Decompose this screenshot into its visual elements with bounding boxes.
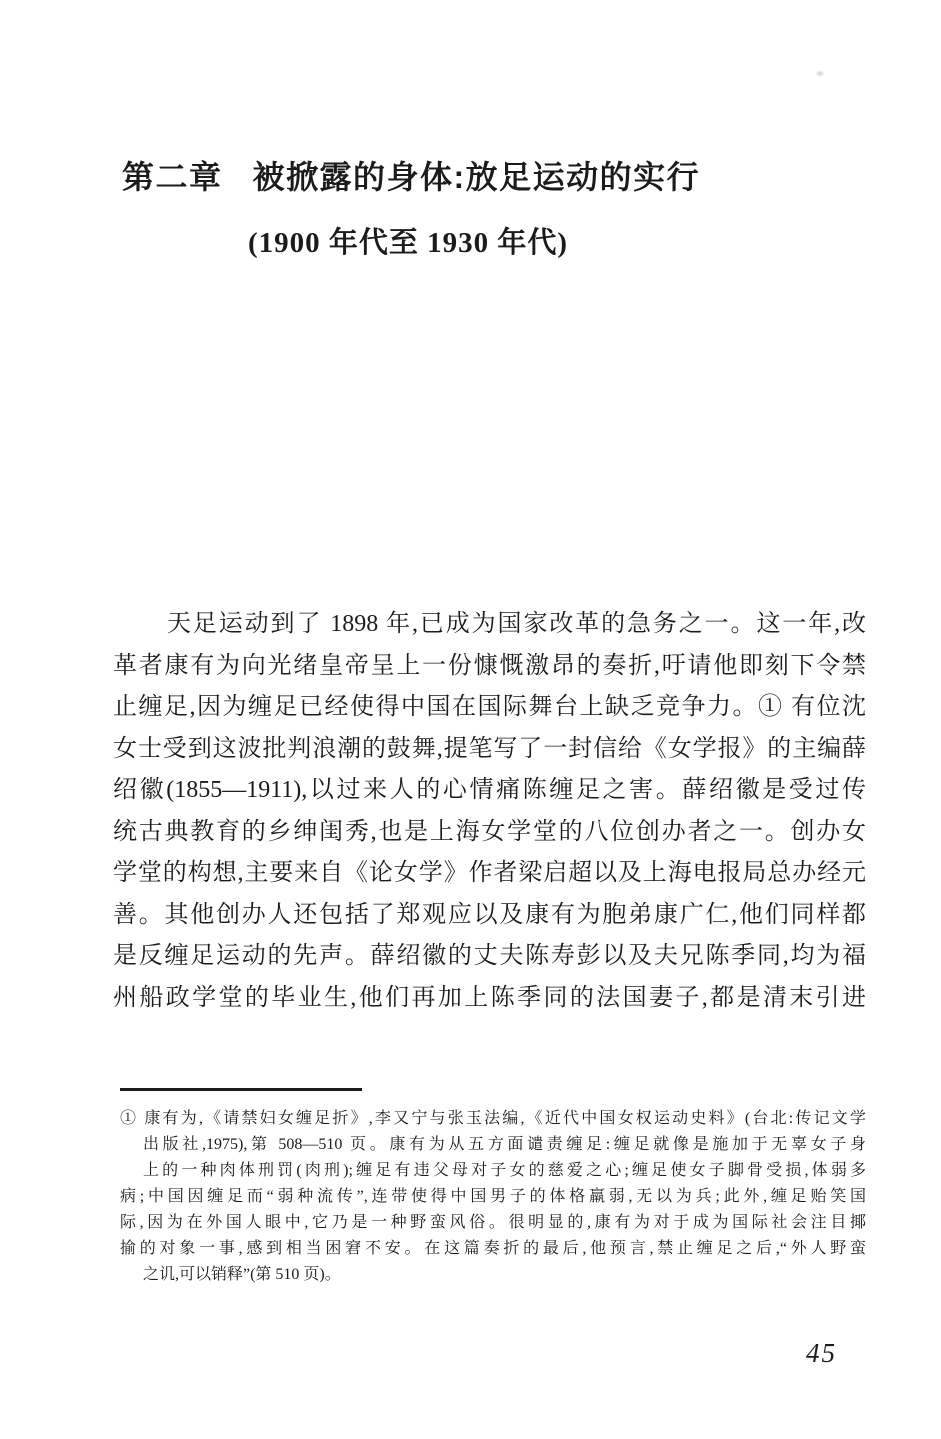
page-number: 45 [806,1338,837,1369]
chapter-heading-line1: 第二章被掀露的身体:放足运动的实行 [122,152,700,198]
footnote-line: ① 康有为,《请禁妇女缠足折》,李又宁与张玉法编,《近代中国女权运动史料》(台北… [120,1106,866,1132]
body-text-line: 绍徽(1855—1911),以过来人的心情痛陈缠足之害。薛绍徽是受过传 [113,770,866,812]
body-text-line: 学堂的构想,主要来自《论女学》作者梁启超以及上海电报局总办经元 [113,853,866,895]
footnote-divider [120,1088,362,1091]
body-text-line: 革者康有为向光绪皇帝呈上一份慷慨激昂的奏折,吁请他即刻下令禁 [113,646,866,688]
body-text-line: 善。其他创办人还包括了郑观应以及康有为胞弟康广仁,他们同样都 [113,895,866,937]
body-text-line: 州船政学堂的毕业生,他们再加上陈季同的法国妻子,都是清末引进 [113,978,866,1020]
chapter-title: 被掀露的身体:放足运动的实行 [253,159,701,195]
body-text-line: 女士受到这波批判浪潮的鼓舞,提笔写了一封信给《女学报》的主编薛 [113,729,866,771]
book-page: 第二章被掀露的身体:放足运动的实行 (1900 年代至 1930 年代) 天足运… [0,0,941,1439]
chapter-heading: 第二章被掀露的身体:放足运动的实行 (1900 年代至 1930 年代) [122,152,700,261]
footnote-line: 出版社,1975),第 508—510 页。康有为从五方面谴责缠足:缠足就像是施… [120,1132,866,1158]
footnote-line: 之讥,可以销释”(第 510 页)。 [120,1262,866,1288]
body-paragraph: 天足运动到了 1898 年,已成为国家改革的急务之一。这一年,改 革者康有为向光… [113,604,866,1019]
footnote-line: 揄的对象一事,感到相当困窘不安。在这篇奏折的最后,他预言,禁止缠足之后,“外人野… [120,1236,866,1262]
chapter-number: 第二章 [122,159,223,195]
body-text-line: 统古典教育的乡绅闺秀,也是上海女学堂的八位创办者之一。创办女 [113,812,866,854]
chapter-subtitle: (1900 年代至 1930 年代) [248,220,700,261]
body-text-line: 止缠足,因为缠足已经使得中国在国际舞台上缺乏竞争力。① 有位沈 [113,687,866,729]
footnote-line: 上的一种肉体刑罚(肉刑);缠足有违父母对子女的慈爱之心;缠足使女子脚骨受损,体弱… [120,1158,866,1184]
body-text-line: 天足运动到了 1898 年,已成为国家改革的急务之一。这一年,改 [113,604,866,646]
footnote: ① 康有为,《请禁妇女缠足折》,李又宁与张玉法编,《近代中国女权运动史料》(台北… [120,1106,866,1288]
footnote-line: 际,因为在外国人眼中,它乃是一种野蛮风俗。很明显的,康有为对于成为国际社会注目揶 [120,1210,866,1236]
body-text-line: 是反缠足运动的先声。薛绍徽的丈夫陈寿彭以及夫兄陈季同,均为福 [113,936,866,978]
footnote-line: 病;中国因缠足而“弱种流传”,连带使得中国男子的体格羸弱,无以为兵;此外,缠足贻… [120,1184,866,1210]
scan-artifact [815,70,825,77]
